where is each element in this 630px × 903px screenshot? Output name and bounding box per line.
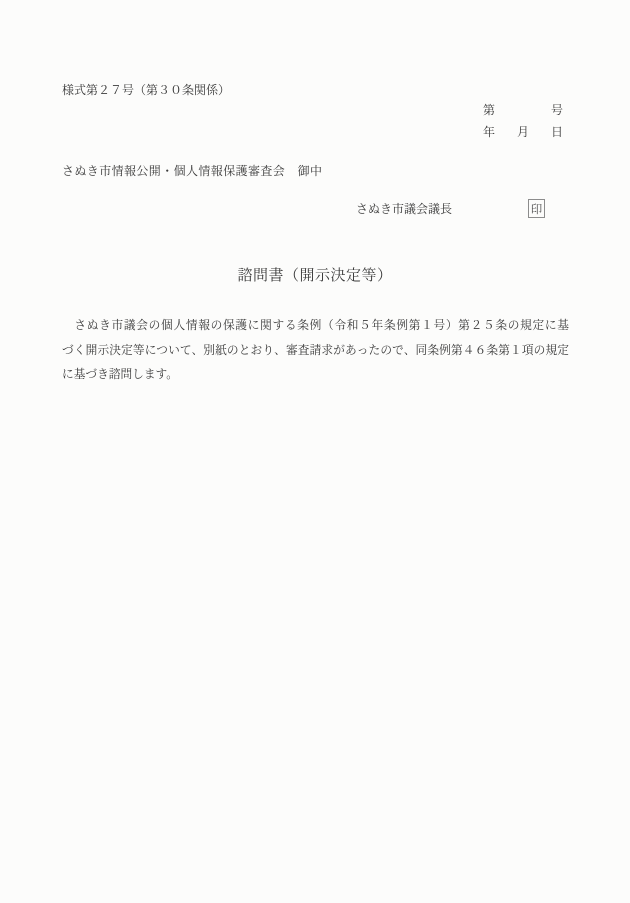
- document-title: 諮問書（開示決定等）: [0, 264, 630, 285]
- body-paragraph: さぬき市議会の個人情報の保護に関する条例（令和５年条例第１号）第２５条の規定に基…: [62, 314, 569, 388]
- body-line-3: に基づき諮問します。: [62, 363, 569, 388]
- doc-number-prefix: 第: [483, 99, 495, 121]
- sender-name: さぬき市議会議長: [356, 200, 452, 217]
- doc-number-line: 第 号: [483, 99, 563, 121]
- doc-number-suffix: 号: [551, 99, 563, 121]
- document-page: 様式第２７号（第３０条関係） 第 号 年 月 日 さぬき市情報公開・個人情報保護…: [0, 0, 630, 903]
- seal-mark: 印: [528, 199, 545, 218]
- body-line-2: づく開示決定等について、別紙のとおり、審査請求があったので、同条例第４６条第１項…: [62, 339, 569, 364]
- doc-number-date-block: 第 号 年 月 日: [483, 99, 563, 143]
- date-year-label: 年: [483, 121, 495, 143]
- body-line-1: さぬき市議会の個人情報の保護に関する条例（令和５年条例第１号）第２５条の規定に基: [62, 314, 569, 339]
- sender-row: さぬき市議会議長 印: [356, 199, 545, 218]
- date-month-label: 月: [517, 121, 529, 143]
- form-number: 様式第２７号（第３０条関係）: [62, 81, 230, 98]
- date-day-label: 日: [551, 121, 563, 143]
- date-line: 年 月 日: [483, 121, 563, 143]
- addressee: さぬき市情報公開・個人情報保護審査会 御中: [62, 162, 322, 179]
